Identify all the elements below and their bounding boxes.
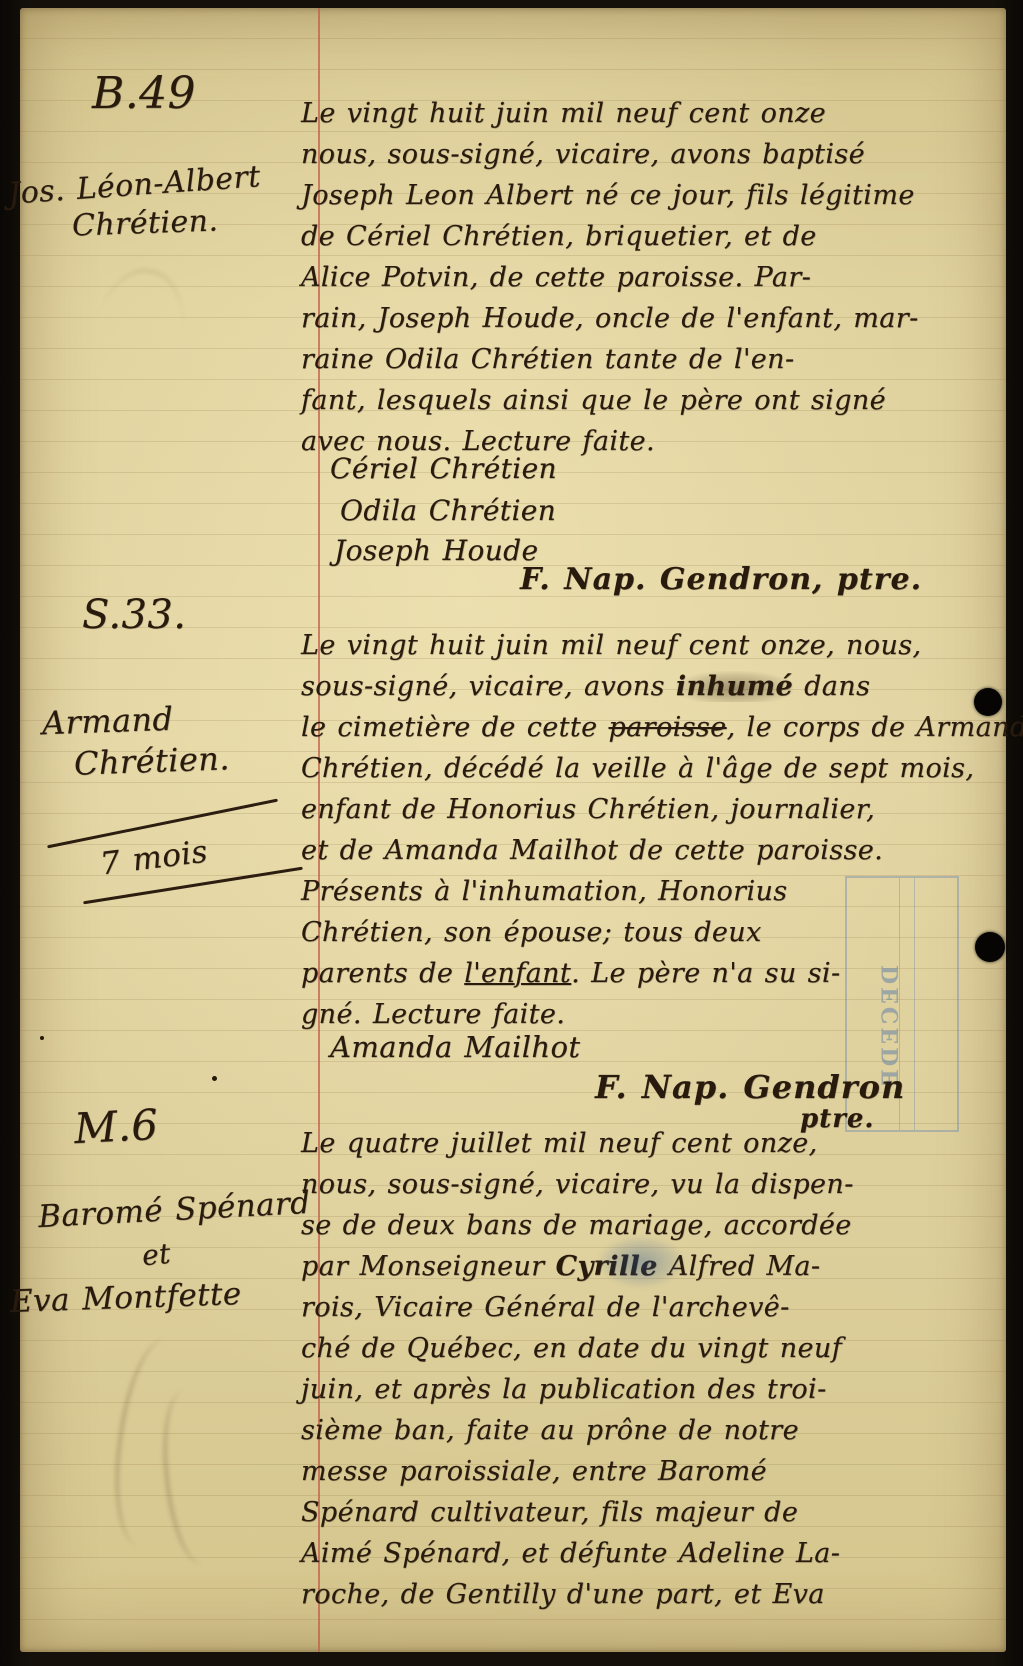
signature: Amanda Mailhot xyxy=(330,1030,580,1064)
record-line: Le quatre juillet mil neuf cent onze, xyxy=(301,1123,919,1164)
line-text: sous-signé, vicaire, avons xyxy=(301,671,676,702)
overwritten-word: inhumé xyxy=(676,671,793,702)
record1-margin-code: B.49 xyxy=(92,68,196,119)
record-line: roche, de Gentilly d'une part, et Eva xyxy=(301,1574,919,1615)
record-line: nous, sous-signé, vicaire, avons baptisé xyxy=(301,134,919,175)
record-line: raine Odila Chrétien tante de l'en- xyxy=(301,339,919,380)
record-line: Spénard cultivateur, fils majeur de xyxy=(301,1492,919,1533)
hole-punch xyxy=(975,932,1005,962)
record3-margin-code: M.6 xyxy=(73,1100,160,1153)
record-line: de Cériel Chrétien, briquetier, et de xyxy=(301,216,919,257)
underlined-word: l'enfant xyxy=(464,958,571,989)
line-text: parents de xyxy=(301,958,464,989)
record-line: juin, et après la publication des troi- xyxy=(301,1369,919,1410)
register-page-scan: DECEDE B.49 Jos. Léon-Albert Chrétien. L… xyxy=(0,0,1023,1666)
blue-ink-smudge xyxy=(598,1236,684,1288)
record-line: Joseph Leon Albert né ce jour, fils légi… xyxy=(301,175,919,216)
line-text: par Monseigneur xyxy=(301,1251,556,1282)
record-line: Alice Potvin, de cette paroisse. Par- xyxy=(301,257,919,298)
record-line: et de Amanda Mailhot de cette paroisse. xyxy=(301,830,919,871)
record-line: fant, lesquels ainsi que le père ont sig… xyxy=(301,380,919,421)
record-line: parents de l'enfant. Le père n'a su si- xyxy=(301,953,919,994)
record-line: Présents à l'inhumation, Honorius xyxy=(301,871,919,912)
signature: Cériel Chrétien xyxy=(330,452,557,485)
line-text: . Le père n'a su si- xyxy=(571,958,840,989)
signature: Odila Chrétien xyxy=(340,494,556,527)
line-text: le cimetière de cette xyxy=(301,712,608,743)
line-text: , le corps de Armand xyxy=(727,712,1023,743)
record-line: ché de Québec, en date du vingt neuf xyxy=(301,1328,919,1369)
officiant-signature: F. Nap. Gendron xyxy=(595,1068,905,1106)
record-line: rain, Joseph Houde, oncle de l'enfant, m… xyxy=(301,298,919,339)
signature: Joseph Houde xyxy=(334,534,538,567)
record-line: se de deux bans de mariage, accordée xyxy=(301,1205,919,1246)
record-line: le cimetière de cette paroisse, le corps… xyxy=(301,707,919,748)
record-line: Aimé Spénard, et défunte Adeline La- xyxy=(301,1533,919,1574)
record-line: Chrétien, décédé la veille à l'âge de se… xyxy=(301,748,919,789)
record2-margin-name: Armand xyxy=(41,700,174,743)
line-text: dans xyxy=(793,671,870,702)
record2-margin-name: Chrétien. xyxy=(73,739,230,782)
record-line: Le vingt huit juin mil neuf cent onze, n… xyxy=(301,625,919,666)
record-line: enfant de Honorius Chrétien, journalier, xyxy=(301,789,919,830)
struck-word: paroisse xyxy=(608,712,726,743)
officiant-signature: F. Nap. Gendron, ptre. xyxy=(520,562,922,597)
record-line: Le vingt huit juin mil neuf cent onze xyxy=(301,93,919,134)
record-line: nous, sous-signé, vicaire, vu la dispen- xyxy=(301,1164,919,1205)
record2-margin-code: S.33. xyxy=(82,592,186,638)
record-line: sième ban, faite au prône de notre xyxy=(301,1410,919,1451)
ink-speck xyxy=(40,1036,44,1040)
ink-speck xyxy=(212,1076,217,1081)
record1-margin-name: Chrétien. xyxy=(71,203,218,243)
record-line: Chrétien, son épouse; tous deux xyxy=(301,912,919,953)
record-line: rois, Vicaire Général de l'archevê- xyxy=(301,1287,919,1328)
record-line: messe paroissiale, entre Baromé xyxy=(301,1451,919,1492)
record-line: gné. Lecture faite. xyxy=(301,994,919,1035)
hole-punch xyxy=(974,688,1002,716)
record-line: sous-signé, vicaire, avons inhumé dans xyxy=(301,666,919,707)
record3-margin-name: et xyxy=(141,1237,172,1272)
